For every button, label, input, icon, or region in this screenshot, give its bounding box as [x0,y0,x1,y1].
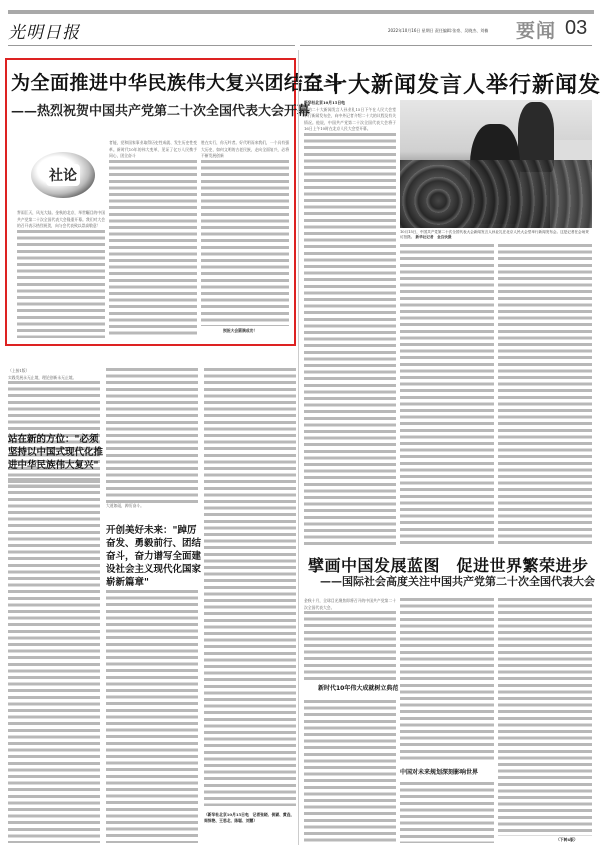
column-divider [298,50,299,845]
editorial-subtitle: ——热烈祝贺中国共产党第二十次全国代表大会开幕 [11,100,290,119]
editorial-title[interactable]: 为全面推进中华民族伟大复兴团结奋斗 [11,68,290,95]
editorial-body: 社论 霁雨江天，风光大陆。金秋的北京，举世瞩目的中国共产党第二十次全国代表大会隆… [13,140,291,338]
editorial-column-1: 霁雨江天，风光大陆。金秋的北京，举世瞩目的中国共产党第二十次全国代表大会隆重开幕… [17,210,105,338]
editorial-badge: 社论 [31,152,95,198]
left-column-2 [106,368,198,503]
header-divider-right [300,45,592,46]
press-column-2 [400,244,494,544]
editorial-closing: 预祝大会圆满成功！ [223,328,289,336]
press-column-3 [498,244,592,544]
subhead-decade-achievements[interactable]: 新时代10年伟大成就树立典范 [318,683,398,692]
subhead-new-position[interactable]: 站在新的方位："必须坚持以中国式现代化推进中华民族伟大复兴" [8,433,104,472]
editorial-column-3: 胜在实行，你无吟者。好代明而来我们，一个具有强大历史，如何文明的古老民族，走向全… [201,140,289,326]
left-column-1b [8,478,100,843]
press-column-1: 新华社北京10月15日电 党的二十大新闻发言人孙业礼15日下午在人民大会堂举行新… [304,100,396,546]
editorial-column-2: 者能，党和国家事业取得历史性成就、发生历史性变革。新时代10年的伟大变革，见证了… [109,140,197,338]
editorial-box[interactable]: 为全面推进中华民族伟大复兴团结奋斗 ——热烈祝贺中国共产党第二十次全国代表大会开… [5,58,296,346]
editorial-badge-label: 社论 [46,164,80,186]
continued-note: （上接1版） [8,368,100,375]
press-conference-photo[interactable] [400,100,592,228]
section-name: 要闻 [516,16,556,43]
intl-column-2b [400,782,494,843]
date-editor-line: 2022年10月16日 星期日 责任编辑:张豪、吴晓杰、刘楠 [388,28,488,34]
photo-caption: 10月15日，中国共产党第二十次全国代表大会新闻发言人孙业礼在北京人民大会堂举行… [400,230,592,241]
intl-column-1: 金秋十月，全球目光聚焦即将召开的中国共产党第二十次全国代表大会。 [304,598,396,680]
intl-column-1b [304,700,396,843]
header-divider [8,45,295,46]
dateline: 新华社北京10月15日电 [304,100,396,107]
continued-on-page-4[interactable]: （下转4版） [556,837,578,843]
press-conference-title[interactable]: 二十大新闻发言人举行新闻发布会 [302,68,594,99]
left-column-3 [204,368,296,806]
international-subtitle: ——国际社会高度关注中国共产党第二十次全国代表大会 [320,573,595,589]
subhead-future-plan[interactable]: 中国对未来规划深刻影响世界 [400,767,478,776]
left-column-2b [106,590,198,843]
newspaper-masthead: 光明日报 [8,18,80,43]
left-article-byline: （新华社北京10月15日电 记者张晓、侯颖、黄垚、周惊艳、王思北、陈聪、刘慧） [204,812,296,824]
editorial-opening: 霁雨江天，风光大陆。金秋的北京，举世瞩目的中国共产党第二十次全国代表大会隆重开幕… [17,210,105,230]
intl-column-3 [498,598,592,836]
subhead-future[interactable]: 开创美好未来："踔厉奋发、勇毅前行、团结奋斗，奋力谱写全面建设社会主义现代化国家… [106,524,202,589]
photo-credit: 新华社记者 金良快摄 [416,235,452,239]
intl-column-2 [400,598,494,763]
page-number: 03 [565,17,587,40]
top-rule [8,10,594,14]
closing-line: 大道如砥，踔厉奋斗。 [106,503,198,511]
